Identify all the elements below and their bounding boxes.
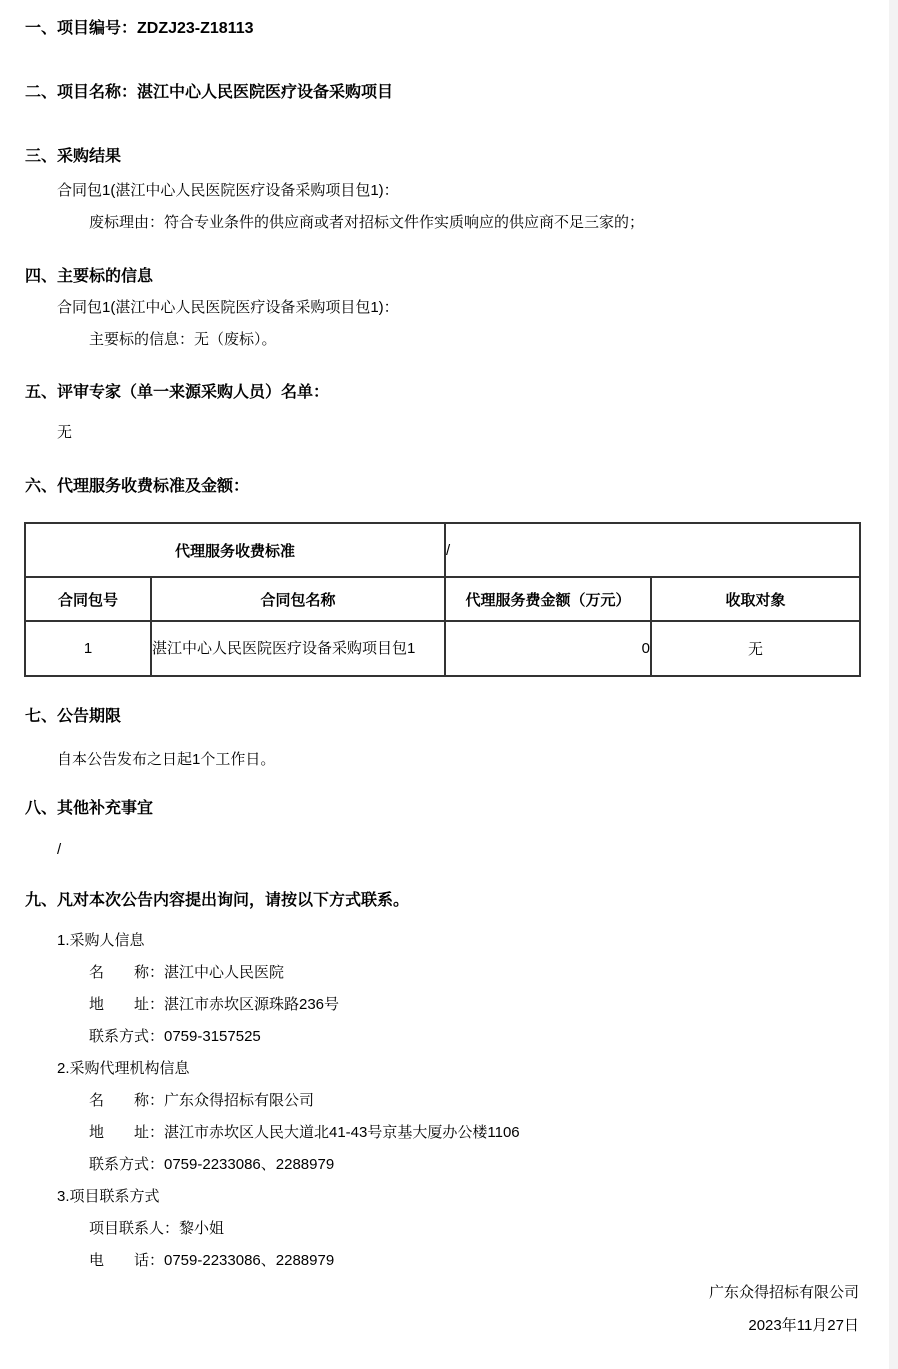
cell-fee-amount: 0 <box>445 621 651 676</box>
section-5-heading: 五、评审专家（单一来源采购人员）名单： <box>25 384 859 401</box>
footer-organization: 广东众得招标有限公司 <box>25 1285 859 1301</box>
project-contact-person: 项目联系人：黎小姐 <box>89 1221 859 1237</box>
cell-charged-party: 无 <box>651 621 860 676</box>
agency-info-title: 2.采购代理机构信息 <box>57 1061 859 1077</box>
announcement-document: 一、项目编号：ZDZJ23-Z18113 二、项目名称：湛江中心人民医院医疗设备… <box>0 0 859 1334</box>
section-6-heading: 六、代理服务收费标准及金额： <box>25 478 859 495</box>
cell-package-no: 1 <box>25 621 151 676</box>
buyer-name: 名 称：湛江中心人民医院 <box>89 965 859 981</box>
col-header-package-name: 合同包名称 <box>151 577 445 621</box>
col-header-charged-party: 收取对象 <box>651 577 860 621</box>
section-8-heading: 八、其他补充事宜 <box>25 800 859 817</box>
section-5-expert-list: 无 <box>57 425 859 441</box>
agency-name: 名 称：广东众得招标有限公司 <box>89 1093 859 1109</box>
section-4-package-line: 合同包1(湛江中心人民医院医疗设备采购项目包1)： <box>57 300 859 316</box>
section-7-period: 自本公告发布之日起1个工作日。 <box>57 752 859 768</box>
buyer-address: 地 址：湛江市赤坎区源珠路236号 <box>89 997 859 1013</box>
section-4-heading: 四、主要标的信息 <box>25 268 859 285</box>
fee-standard-value: / <box>445 523 860 577</box>
section-9-heading: 九、凡对本次公告内容提出询问，请按以下方式联系。 <box>25 892 859 909</box>
section-4-subject-info: 主要标的信息：无（废标）。 <box>89 332 859 348</box>
project-contact-title: 3.项目联系方式 <box>57 1189 859 1205</box>
agency-phone: 联系方式：0759-2233086、2288979 <box>89 1157 859 1173</box>
section-8-supplement: / <box>57 842 859 858</box>
cell-package-name: 湛江中心人民医院医疗设备采购项目包1 <box>151 621 445 676</box>
page-edge-strip <box>889 0 898 1369</box>
agency-fee-table: 代理服务收费标准 / 合同包号 合同包名称 代理服务费金额（万元） 收取对象 1… <box>24 522 861 677</box>
section-7-heading: 七、公告期限 <box>25 708 859 725</box>
col-header-fee-amount: 代理服务费金额（万元） <box>445 577 651 621</box>
section-1-heading: 一、项目编号：ZDZJ23-Z18113 <box>25 20 859 37</box>
buyer-info-title: 1.采购人信息 <box>57 933 859 949</box>
fee-standard-label: 代理服务收费标准 <box>25 523 445 577</box>
fee-table-header-row: 合同包号 合同包名称 代理服务费金额（万元） 收取对象 <box>25 577 860 621</box>
col-header-package-no: 合同包号 <box>25 577 151 621</box>
section-2-heading: 二、项目名称：湛江中心人民医院医疗设备采购项目 <box>25 84 859 101</box>
footer-date: 2023年11月27日 <box>25 1318 859 1334</box>
agency-address: 地 址：湛江市赤坎区人民大道北41-43号京基大厦办公楼1106 <box>89 1125 859 1141</box>
section-3-package-line: 合同包1(湛江中心人民医院医疗设备采购项目包1)： <box>57 183 859 199</box>
buyer-phone: 联系方式：0759-3157525 <box>89 1029 859 1045</box>
section-3-heading: 三、采购结果 <box>25 148 859 165</box>
section-3-reject-reason: 废标理由：符合专业条件的供应商或者对招标文件作实质响应的供应商不足三家的； <box>89 215 859 231</box>
fee-standard-row: 代理服务收费标准 / <box>25 523 860 577</box>
project-contact-phone: 电 话：0759-2233086、2288979 <box>89 1253 859 1269</box>
fee-table-data-row: 1 湛江中心人民医院医疗设备采购项目包1 0 无 <box>25 621 860 676</box>
